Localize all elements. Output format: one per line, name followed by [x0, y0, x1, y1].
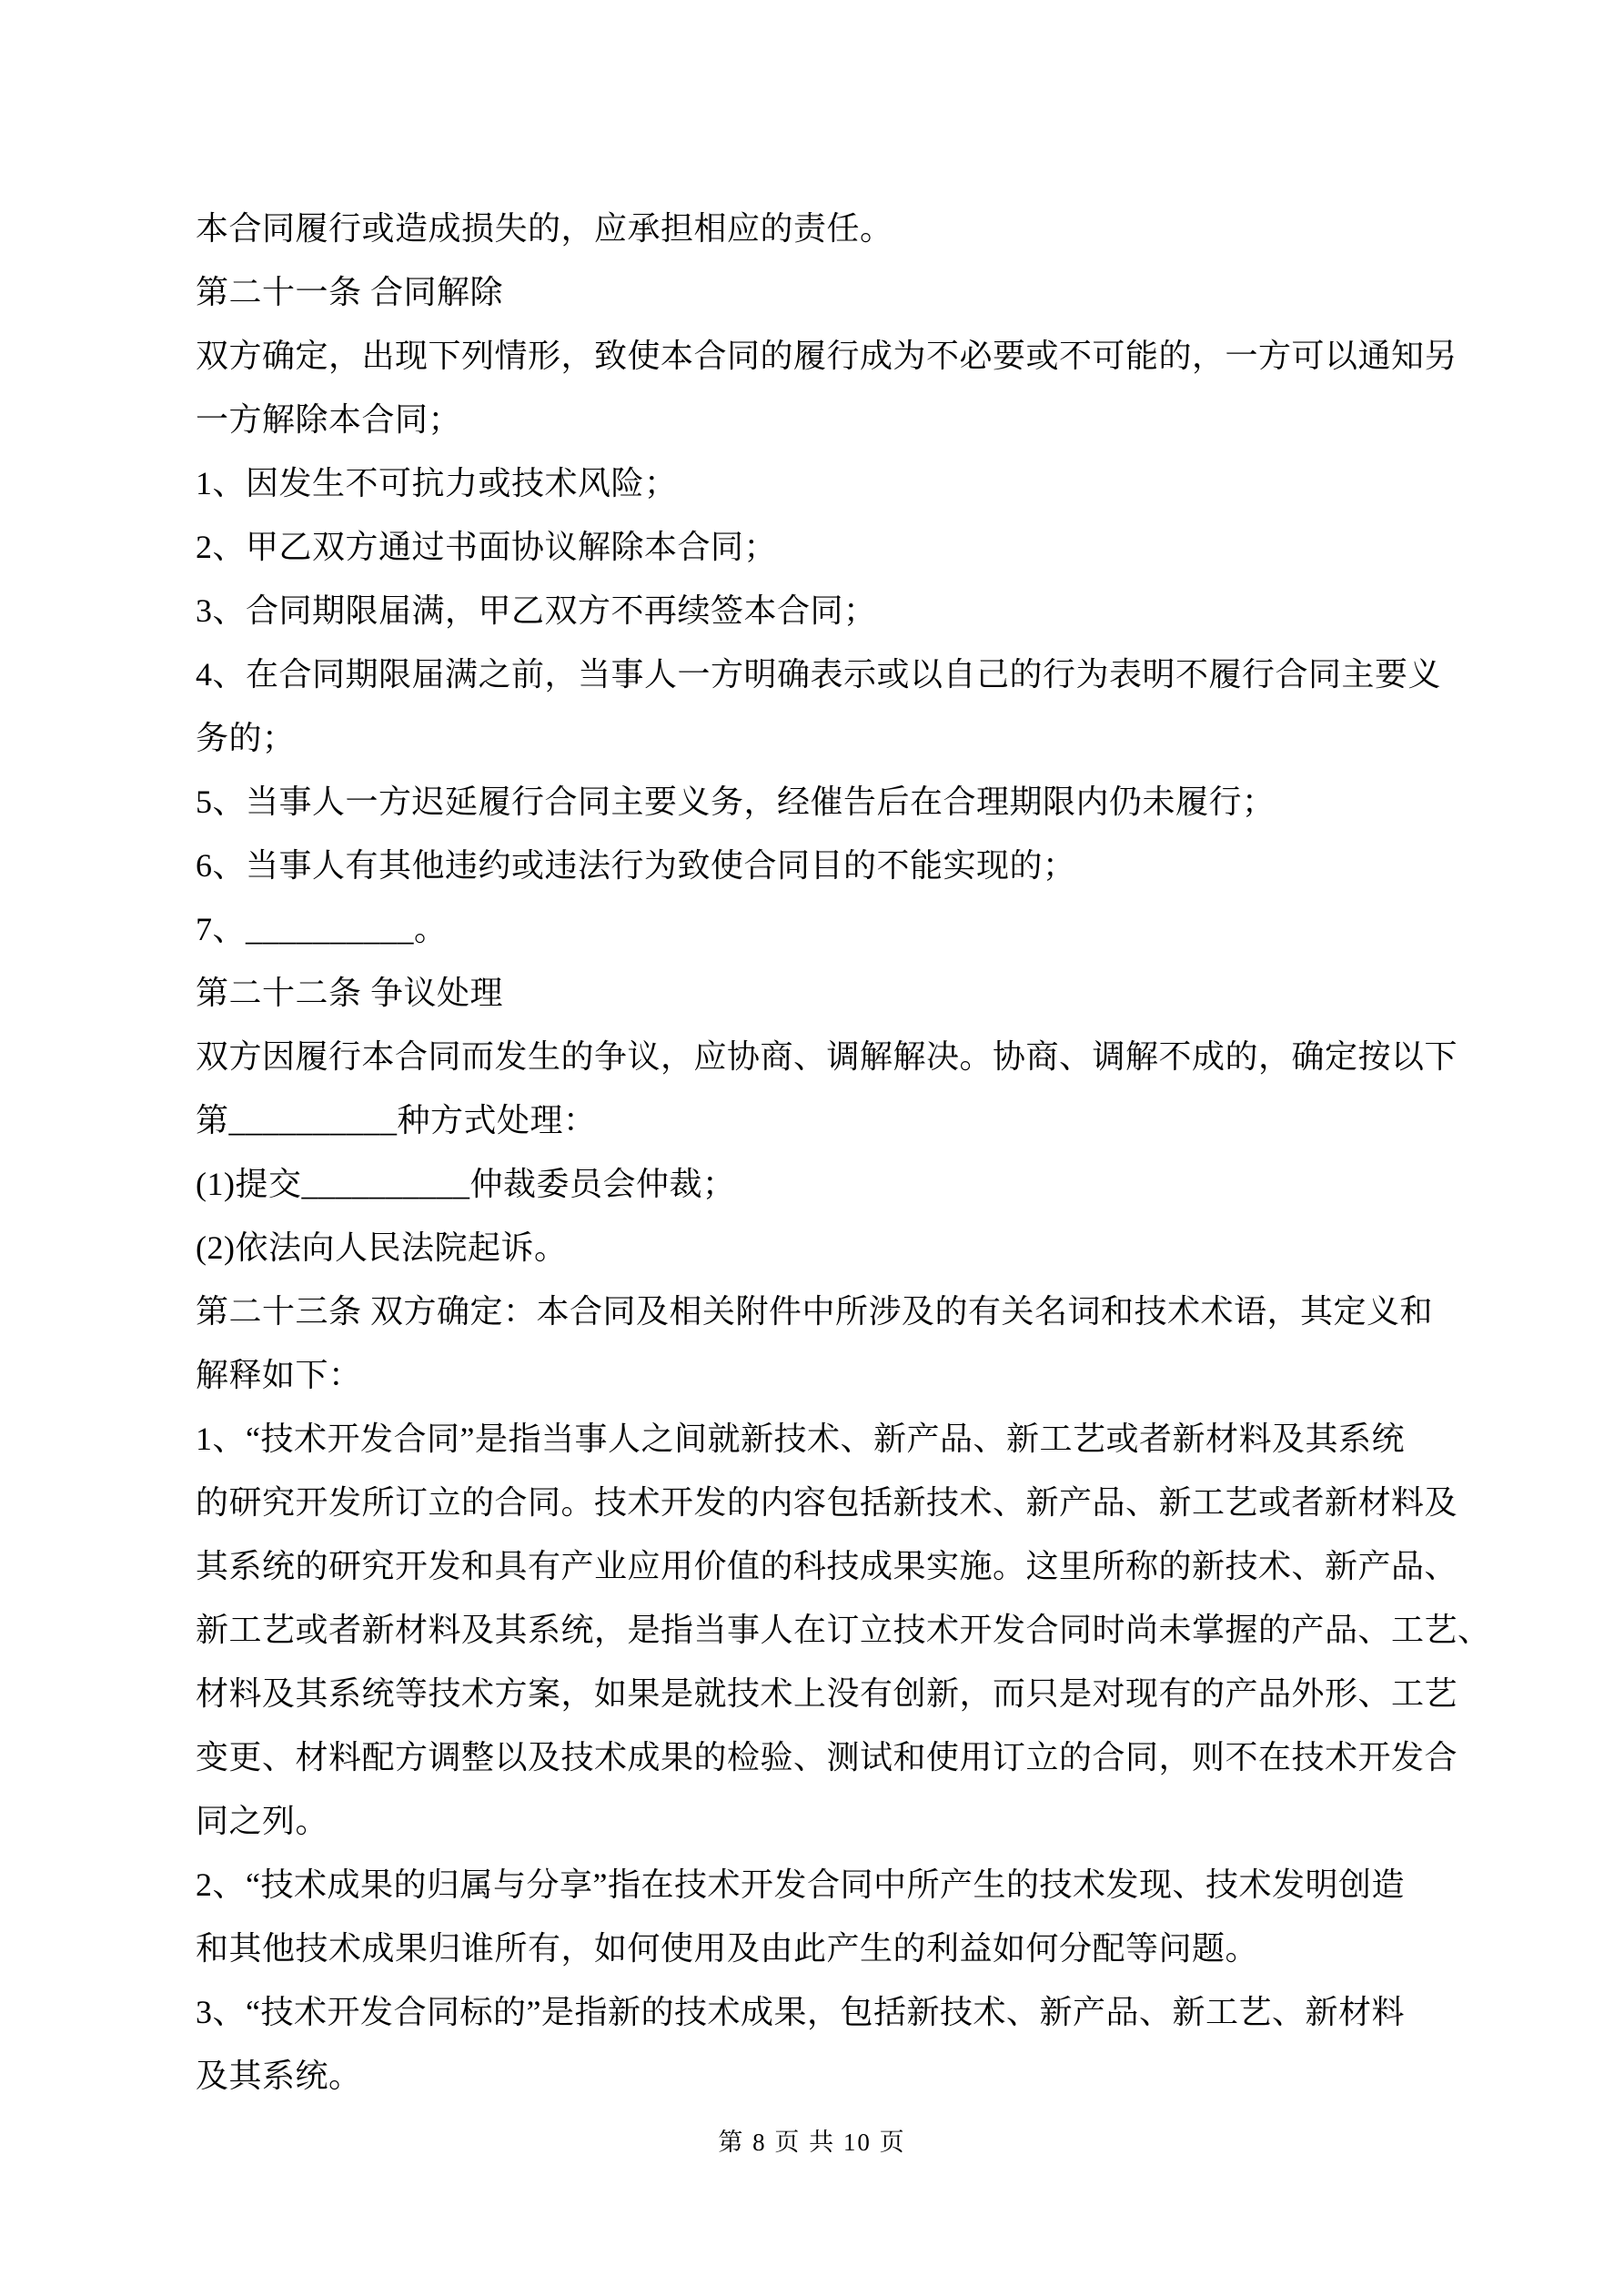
contract-line: 解释如下： — [196, 1343, 1488, 1407]
contract-clause-heading: 第二十一条 合同解除 — [196, 260, 1488, 324]
contract-line: 本合同履行或造成损失的，应承担相应的责任。 — [196, 197, 1488, 260]
contract-list-item: 5、当事人一方迟延履行合同主要义务，经催告后在合理期限内仍未履行； — [196, 770, 1488, 834]
contract-definition: 2、“技术成果的归属与分享”指在技术开发合同中所产生的技术发现、技术发明创造 — [196, 1853, 1488, 1917]
contract-body: 本合同履行或造成损失的，应承担相应的责任。 第二十一条 合同解除 双方确定，出现… — [196, 197, 1488, 2108]
contract-line: 的研究开发所订立的合同。技术开发的内容包括新技术、新产品、新工艺或者新材料及 — [196, 1471, 1488, 1534]
contract-list-item: 1、因发生不可抗力或技术风险； — [196, 451, 1488, 515]
contract-list-item: 2、甲乙双方通过书面协议解除本合同； — [196, 515, 1488, 579]
contract-line: 同之列。 — [196, 1789, 1488, 1853]
contract-line: 务的； — [196, 706, 1488, 770]
contract-list-item: 4、在合同期限届满之前，当事人一方明确表示或以自己的行为表明不履行合同主要义 — [196, 642, 1488, 706]
contract-clause-heading: 第二十三条 双方确定：本合同及相关附件中所涉及的有关名词和技术术语，其定义和 — [196, 1279, 1488, 1343]
contract-line: 材料及其系统等技术方案，如果是就技术上没有创新，而只是对现有的产品外形、工艺 — [196, 1662, 1488, 1725]
contract-line: 双方确定，出现下列情形，致使本合同的履行成为不必要或不可能的，一方可以通知另 — [196, 324, 1488, 388]
contract-definition: 1、“技术开发合同”是指当事人之间就新技术、新产品、新工艺或者新材料及其系统 — [196, 1407, 1488, 1471]
document-page: 本合同履行或造成损失的，应承担相应的责任。 第二十一条 合同解除 双方确定，出现… — [0, 0, 1624, 2296]
contract-line: 其系统的研究开发和具有产业应用价值的科技成果实施。这里所称的新技术、新产品、 — [196, 1534, 1488, 1598]
contract-line: 变更、材料配方调整以及技术成果的检验、测试和使用订立的合同，则不在技术开发合 — [196, 1725, 1488, 1789]
contract-clause-heading: 第二十二条 争议处理 — [196, 961, 1488, 1025]
contract-line: 一方解除本合同； — [196, 388, 1488, 451]
contract-list-item: 3、合同期限届满，甲乙双方不再续签本合同； — [196, 579, 1488, 642]
contract-line: 新工艺或者新材料及其系统，是指当事人在订立技术开发合同时尚未掌握的产品、工艺、 — [196, 1598, 1488, 1662]
contract-line-blank: 第__________种方式处理： — [196, 1088, 1488, 1152]
contract-option-blank: (1)提交__________仲裁委员会仲裁； — [196, 1152, 1488, 1216]
contract-definition: 3、“技术开发合同标的”是指新的技术成果，包括新技术、新产品、新工艺、新材料 — [196, 1980, 1488, 2044]
contract-line: 和其他技术成果归谁所有，如何使用及由此产生的利益如何分配等问题。 — [196, 1917, 1488, 1980]
contract-line: 及其系统。 — [196, 2044, 1488, 2108]
contract-option: (2)依法向人民法院起诉。 — [196, 1216, 1488, 1279]
contract-list-item-blank: 7、__________。 — [196, 897, 1488, 961]
contract-line: 双方因履行本合同而发生的争议，应协商、调解解决。协商、调解不成的，确定按以下 — [196, 1025, 1488, 1088]
page-number-footer: 第 8 页 共 10 页 — [0, 2124, 1624, 2160]
contract-list-item: 6、当事人有其他违约或违法行为致使合同目的不能实现的； — [196, 834, 1488, 897]
